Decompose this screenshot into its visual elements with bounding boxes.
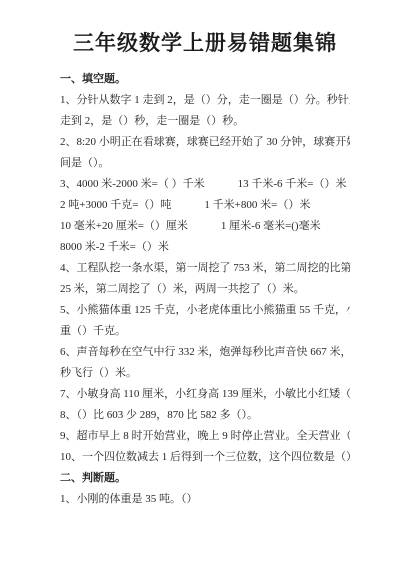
worksheet-line-q3-row3: 10 毫米+20 厘米=（）厘米 1 厘米-6 毫米=()毫米 [60, 216, 350, 237]
worksheet-line-q5a: 5、小熊猫体重 125 千克，小老虎体重比小熊猫重 55 千克，小老虎体 [60, 300, 350, 321]
worksheet-line-q4b: 25 米，第二周挖了（）米，两周一共挖了（）米。 [60, 279, 350, 300]
worksheet-line-judge-q1: 1、小刚的体重是 35 吨。（） [60, 489, 350, 510]
worksheet-line-q9: 9、超市早上 8 时开始营业，晚上 9 时停止营业。全天营业（）小时。 [60, 426, 350, 447]
worksheet-page: 三年级数学上册易错题集锦 一、填空题。 1、分针从数字 1 走到 2，是（）分，… [0, 0, 400, 566]
worksheet-line-q2a: 2、8:20 小明正在看球赛，球赛已经开始了 30 分钟，球赛开始的时 [60, 132, 350, 153]
worksheet-line-q1a: 1、分针从数字 1 走到 2，是（）分，走一圈是（）分。秒针从数字 1 [60, 90, 350, 111]
worksheet-line-q5b: 重（）千克。 [60, 321, 350, 342]
worksheet-line-q7: 7、小敏身高 110 厘米，小红身高 139 厘米，小敏比小红矮（）厘米。 [60, 384, 350, 405]
worksheet-line-q8: 8、（）比 603 少 289，870 比 582 多（）。 [60, 405, 350, 426]
section-heading-true-false: 二、判断题。 [60, 468, 350, 489]
worksheet-line-q2b: 间是（）。 [60, 153, 350, 174]
worksheet-line-q6a: 6、声音每秒在空气中行 332 米，炮弹每秒比声音快 667 米，炮弹每 [60, 342, 350, 363]
worksheet-line-q1b: 走到 2，是（）秒，走一圈是（）秒。 [60, 111, 350, 132]
worksheet-line-q3-row1: 3、4000 米-2000 米=（ ）千米 13 千米-6 千米=（）米 [60, 174, 350, 195]
worksheet-line-q3-row2: 2 吨+3000 千克=（）吨 1 千米+800 米=（）米 [60, 195, 350, 216]
worksheet-line-q6b: 秒飞行（）米。 [60, 363, 350, 384]
worksheet-line-q10: 10、一个四位数减去 1 后得到一个三位数，这个四位数是（）。 [60, 447, 350, 468]
section-heading-fill-in-blanks: 一、填空题。 [60, 69, 350, 90]
worksheet-line-q4a: 4、工程队挖一条水渠，第一周挖了 753 米，第二周挖的比第一周少 [60, 258, 350, 279]
page-title: 三年级数学上册易错题集锦 [60, 30, 350, 56]
worksheet-line-q3-row4: 8000 米-2 千米=（）米 [60, 237, 350, 258]
